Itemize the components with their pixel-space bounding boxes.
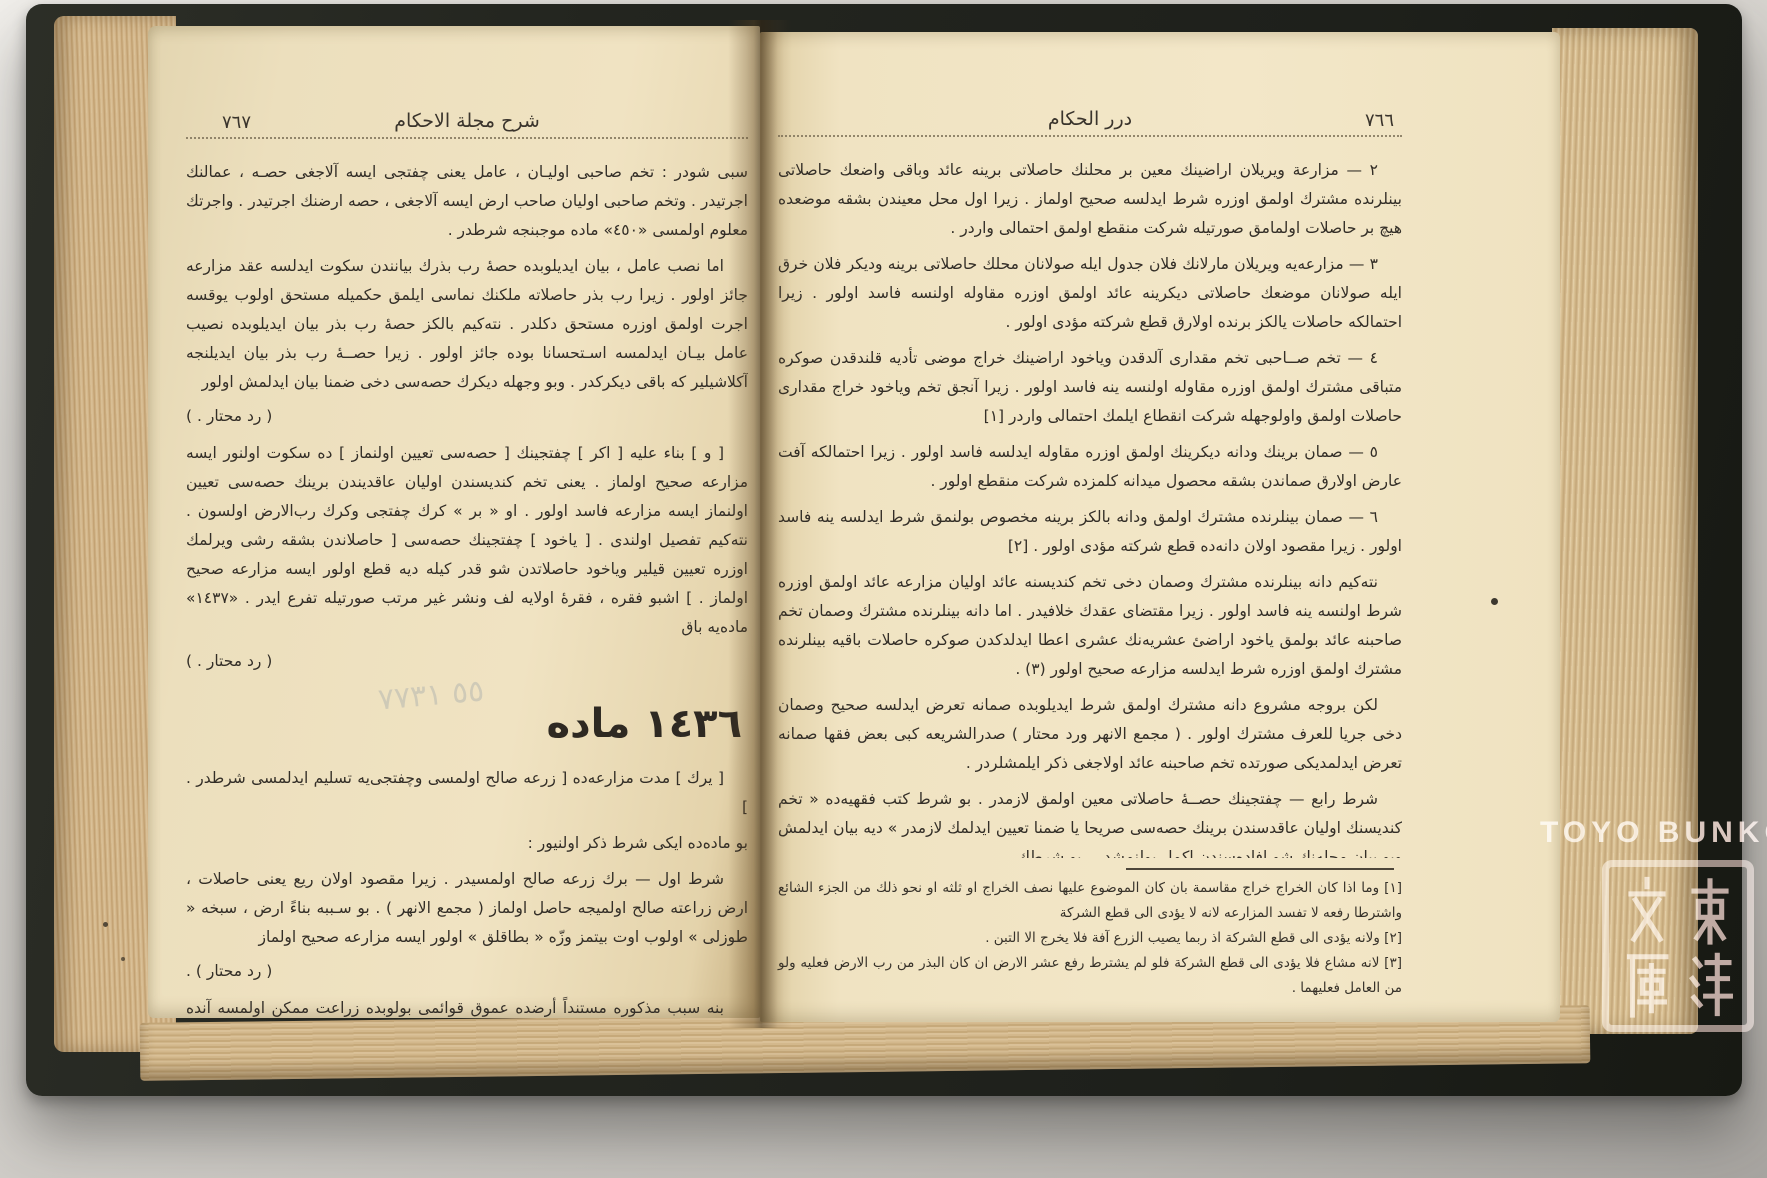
left-page-content: ٧٦٧ شرح مجلة الاحكام سبى شودر : تخم صاحب…: [148, 26, 760, 1018]
footnote-separator: [1126, 868, 1394, 870]
dust-speck: [121, 957, 125, 961]
left-page-number: ٧٦٧: [222, 112, 251, 133]
paragraph: ٦ — صمان بينلرنده مشترك اولمق ودانه بالك…: [778, 503, 1402, 561]
left-page-title: شرح مجلة الاحكام: [186, 110, 748, 132]
right-page: ٧٦٦ درر الحكام ٢ — مزارعة ويريلان اراضين…: [760, 32, 1560, 1022]
dust-speck: [1491, 598, 1498, 605]
citation-line: ( رد محتار . ): [186, 402, 748, 431]
right-page-title: درر الحكام: [778, 108, 1402, 130]
seal-char-higashi-icon: [1678, 873, 1741, 946]
citation-line: ( رد محتار ) .: [186, 957, 748, 986]
toyo-bunko-seal: [1602, 860, 1754, 1032]
paragraph: نته‌كيم دانه بينلرنده مشترك وصمان دخى تخ…: [778, 568, 1402, 684]
paragraph: اما نصب عامل ، بيان ايديلوبده حصهٔ رب بذ…: [186, 252, 748, 397]
paragraph: ٢ — مزارعة ويريلان اراضينك معين بر محلنك…: [778, 156, 1402, 243]
right-page-number: ٧٦٦: [1365, 110, 1394, 131]
footnote: [٢] ولانه يؤدى الى قطع الشركة اذ ربما يص…: [778, 926, 1402, 951]
toyo-bunko-stamp-text: TOYO BUNKO: [1540, 816, 1767, 850]
seal-char-bun-icon: [1615, 873, 1678, 946]
right-page-body: ٢ — مزارعة ويريلان اراضينك معين بر محلنك…: [778, 156, 1402, 858]
paragraph: [ و ] بناء عليه [ اكر ] چفتجينك [ حصه‌سى…: [186, 439, 748, 642]
paragraph: بنه سبب مذكوره مستنداً أرضده عموق قوائمى…: [186, 994, 748, 1018]
footnote: [١] وما اذا كان الخراج خراج مقاسمة بان ك…: [778, 876, 1402, 926]
paragraph: [ يرك ] مدت مزارعه‌ده [ زرعه صالح اولمسى…: [186, 764, 748, 822]
left-page-header: ٧٦٧ شرح مجلة الاحكام: [186, 110, 748, 144]
paragraph: ٥ — صمان برينك ودانه ديكرينك اولمق اوزره…: [778, 438, 1402, 496]
seal-char-yo-icon: [1678, 946, 1741, 1019]
right-page-header: ٧٦٦ درر الحكام: [778, 108, 1402, 142]
right-page-content: ٧٦٦ درر الحكام ٢ — مزارعة ويريلان اراضين…: [760, 32, 1560, 1022]
seal-char-ko-icon: [1615, 946, 1678, 1019]
paragraph: سبى شودر : تخم صاحبى اوليـان ، عامل يعنى…: [186, 158, 748, 245]
footnote: [٣] لانه مشاع فلا يؤدى الى قطع الشركة فل…: [778, 951, 1402, 1001]
left-page-body: سبى شودر : تخم صاحبى اوليـان ، عامل يعنى…: [186, 158, 748, 1018]
paragraph: شرط اول — برك زرعه صالح اولمسيدر . زيرا …: [186, 865, 748, 952]
paragraph: ٤ — تخم صــاحبى تخم مقدارى آلدقدن وياخود…: [778, 344, 1402, 431]
citation-line: ( رد محتار . ): [186, 647, 748, 676]
paragraph: ٣ — مزارعه‌يه ويريلان مارلانك فلان جدول …: [778, 250, 1402, 337]
paragraph: بو ماده‌ده ايكى شرط ذكر اولنيور :: [186, 829, 748, 858]
paragraph: شرط رابع — چفتجينك حصــهٔ حاصلاتى معين ا…: [778, 785, 1402, 858]
header-rule: [778, 135, 1402, 137]
left-page: ٧٦٧ شرح مجلة الاحكام سبى شودر : تخم صاحب…: [148, 26, 760, 1018]
header-rule: [186, 137, 748, 139]
paragraph: لكن بروجه مشروع دانه مشترك اولمق شرط ايد…: [778, 691, 1402, 778]
footnotes-block: [١] وما اذا كان الخراج خراج مقاسمة بان ك…: [778, 868, 1402, 1001]
dust-speck: [103, 922, 108, 927]
